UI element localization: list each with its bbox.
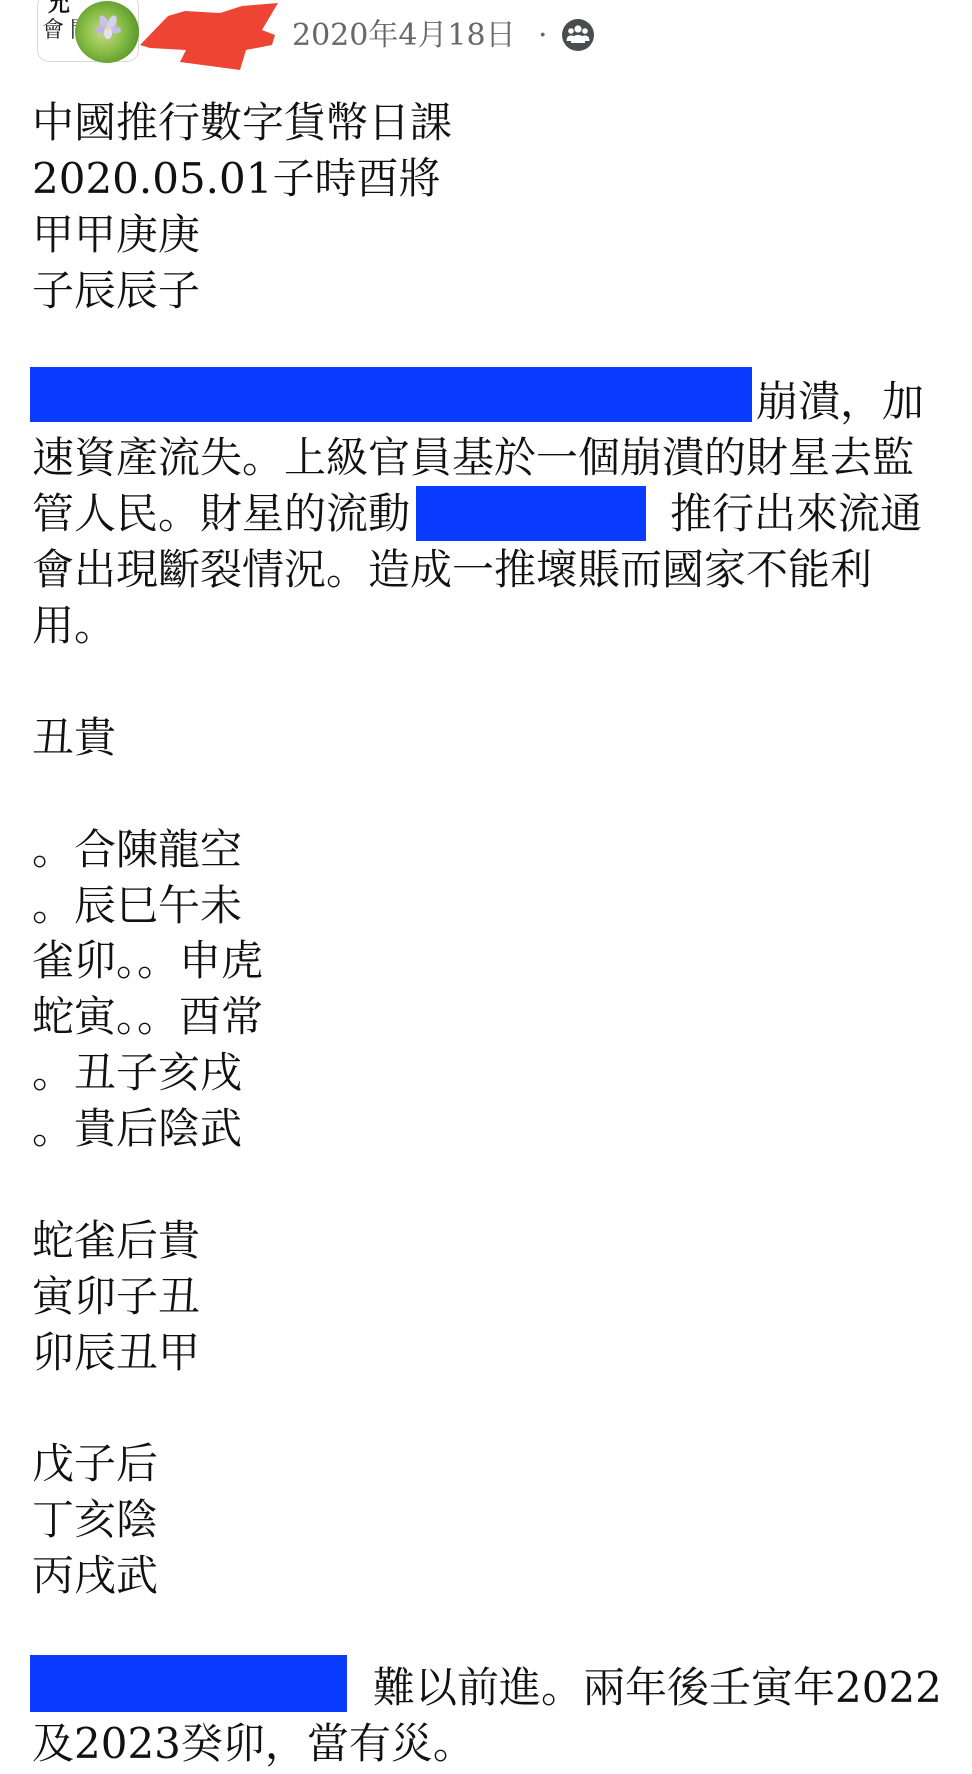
chart-grid-line-4: 蛇寅。。酉常 (32, 989, 263, 1045)
blue-redaction-box-3 (30, 1655, 347, 1712)
post-line-para-2: 速資產流失。上級官員基於一個崩潰的財星去監 (32, 430, 914, 486)
three-transmissions-line-2: 丁亥陰 (32, 1492, 158, 1548)
name-redaction-scribble (0, 0, 300, 75)
post-line-stems: 甲甲庚庚 (32, 207, 200, 263)
blue-redaction-box-1 (30, 367, 752, 422)
post-line-conclusion-1: 難以前進。兩年後壬寅年2022 (373, 1660, 942, 1716)
chart-grid-line-3: 雀卯。。申虎 (32, 933, 263, 989)
separator-dot: · (538, 16, 548, 56)
post-line-para-4: 會出現斷裂情況。造成一推壞賬而國家不能利 (32, 542, 872, 598)
four-lessons-line-3: 卯辰丑甲 (32, 1325, 200, 1381)
three-transmissions-line-1: 戊子后 (32, 1436, 158, 1492)
chart-grid-line-5: 。丑子亥戌 (32, 1045, 242, 1101)
post-line-date: 2020.05.01子時酉將 (32, 151, 440, 207)
post-line-branches: 子辰辰子 (32, 263, 200, 319)
chart-grid-line-2: 。辰巳午未 (32, 878, 242, 934)
three-transmissions-line-3: 丙戌武 (32, 1548, 158, 1604)
post-line-para-3: 管人民。財星的流動 (32, 486, 410, 542)
post-line-conclusion-2: 及2023癸卯，當有災。 (32, 1716, 475, 1772)
post-line-noble: 丑貴 (32, 710, 116, 766)
four-lessons-line-2: 寅卯子丑 (32, 1269, 200, 1325)
post-title-line: 中國推行數字貨幣日課 (32, 95, 452, 151)
post-line-para-3-tail: 推行出來流通 (670, 486, 922, 542)
blue-redaction-box-2 (416, 486, 646, 541)
post-line-para-5: 用。 (32, 598, 116, 654)
post-line-para-1-tail: 崩潰，加 (756, 374, 924, 430)
chart-grid-line-6: 。貴后陰武 (32, 1101, 242, 1157)
post-date[interactable]: 2020年4月18日 (292, 16, 516, 56)
chart-grid-line-1: 。合陳龍空 (32, 822, 242, 878)
post-header: 允 會閒 2020年4月18日 · (0, 0, 972, 75)
four-lessons-line-1: 蛇雀后貴 (32, 1213, 200, 1269)
friends-audience-icon[interactable] (562, 19, 594, 51)
